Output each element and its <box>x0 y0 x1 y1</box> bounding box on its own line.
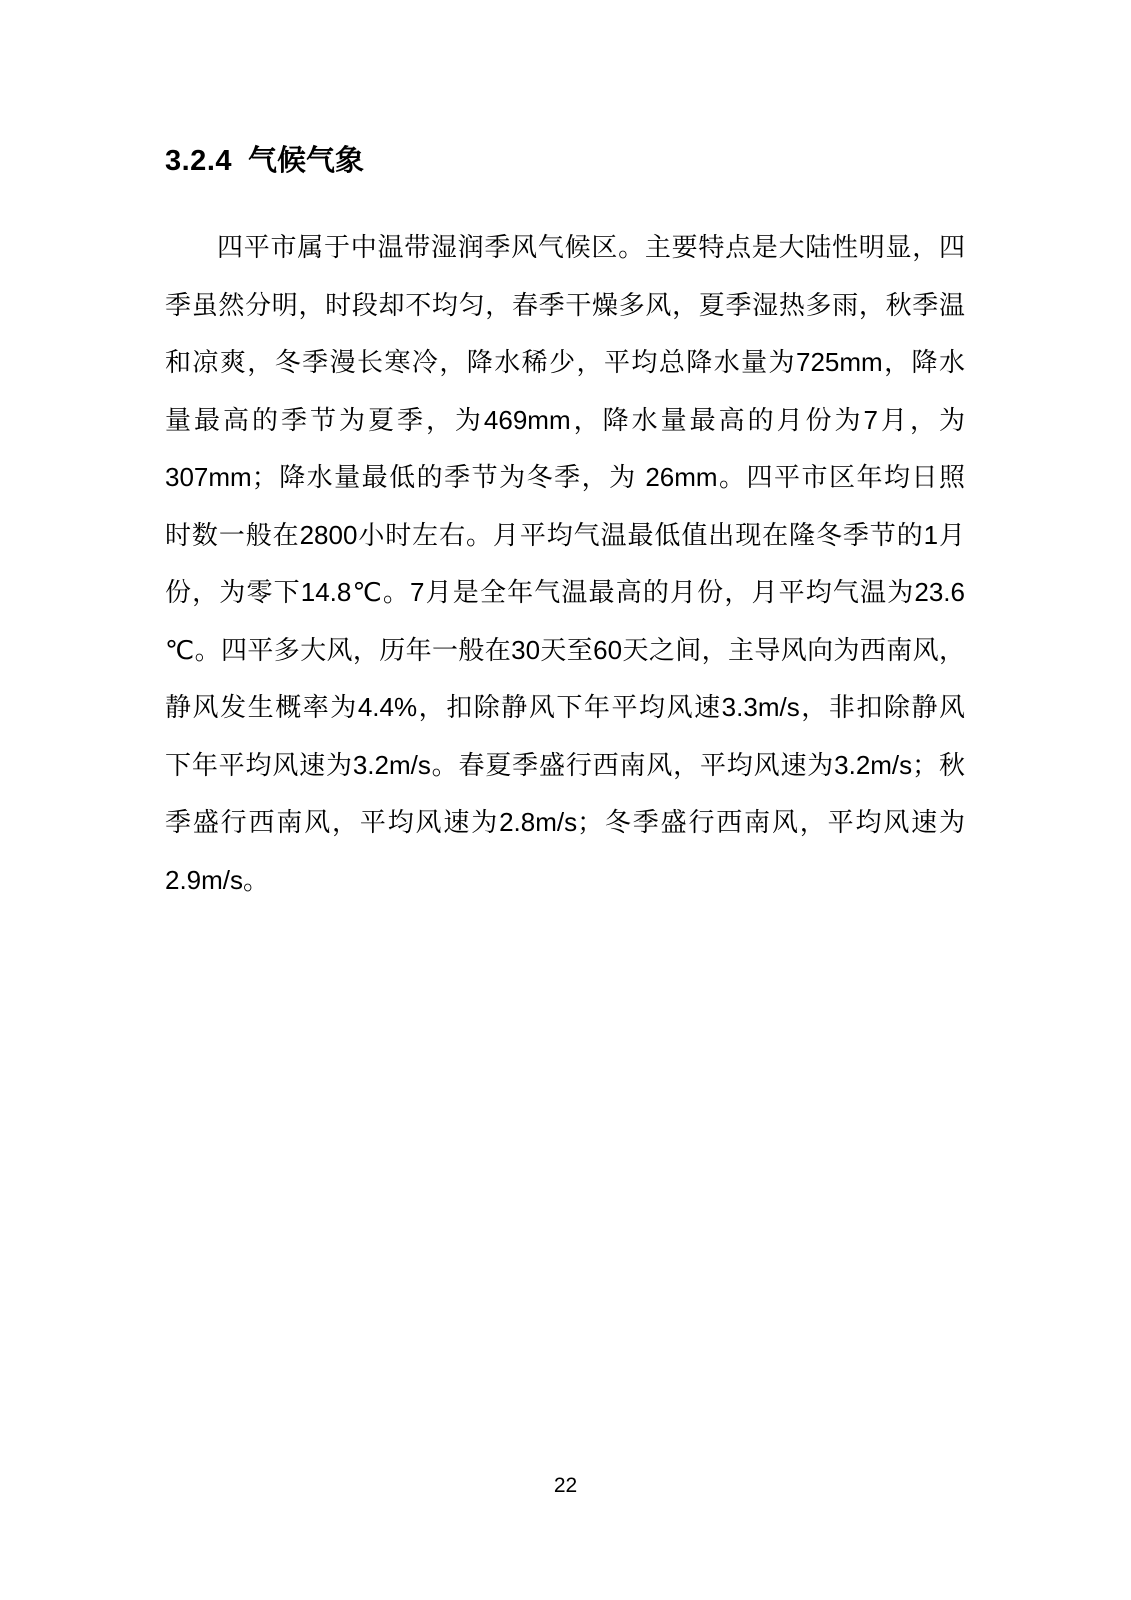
body-paragraph: 四平市属于中温带湿润季风气候区。主要特点是大陆性明显，四 季虽然分明，时段却不均… <box>165 219 965 909</box>
paragraph-line: 季虽然分明，时段却不均匀，春季干燥多风，夏季湿热多雨，秋季温 <box>165 277 965 335</box>
paragraph-line: 307mm；降水量最低的季节为冬季，为 26mm。四平市区年均日照 <box>165 449 965 507</box>
paragraph-line: ℃。四平多大风，历年一般在30天至60天之间，主导风向为西南风， <box>165 622 965 680</box>
document-page: 3.2.4气候气象 四平市属于中温带湿润季风气候区。主要特点是大陆性明显，四 季… <box>0 0 1131 1600</box>
paragraph-line: 四平市属于中温带湿润季风气候区。主要特点是大陆性明显，四 <box>165 219 965 277</box>
section-heading: 3.2.4气候气象 <box>165 138 364 179</box>
paragraph-line: 时数一般在2800小时左右。月平均气温最低值出现在隆冬季节的1月 <box>165 507 965 565</box>
paragraph-line: 静风发生概率为4.4%，扣除静风下年平均风速3.3m/s，非扣除静风 <box>165 679 965 737</box>
section-number: 3.2.4 <box>165 145 232 177</box>
paragraph-line: 量最高的季节为夏季，为469mm，降水量最高的月份为7月，为 <box>165 392 965 450</box>
paragraph-line: 下年平均风速为3.2m/s。春夏季盛行西南风，平均风速为3.2m/s；秋 <box>165 737 965 795</box>
paragraph-line: 季盛行西南风，平均风速为2.8m/s；冬季盛行西南风，平均风速为 <box>165 794 965 852</box>
page-number: 22 <box>0 1474 1131 1498</box>
paragraph-line: 2.9m/s。 <box>165 852 965 910</box>
paragraph-line: 份，为零下14.8℃。7月是全年气温最高的月份，月平均气温为23.6 <box>165 564 965 622</box>
section-title: 气候气象 <box>248 145 364 177</box>
paragraph-line: 和凉爽，冬季漫长寒冷，降水稀少，平均总降水量为725mm，降水 <box>165 334 965 392</box>
